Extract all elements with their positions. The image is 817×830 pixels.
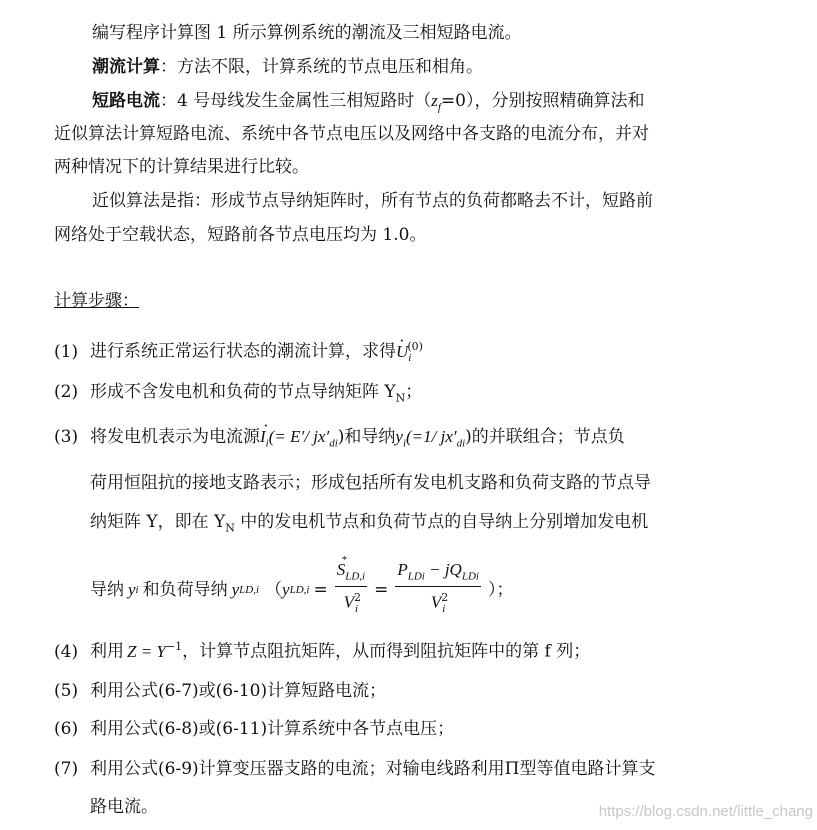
step-text: 路电流。 (90, 797, 158, 817)
step-text-c: )的并联组合；节点负 (465, 427, 625, 447)
approx-text-2: 网络处于空载状态，短路前各节点电压均为 1.0。 (54, 225, 426, 245)
yn-subscript: N (396, 391, 406, 404)
step-text: 利用公式(6-9)计算变压器支路的电流；对输电线路利用Π型等值电路计算支 (90, 759, 655, 779)
step-3: (3)将发电机表示为电流源Ii(= E′/ jx′di)和导纳yi(=1/ jx… (54, 426, 625, 454)
reactance-expr: / jx′ (304, 427, 329, 446)
step-text: 将发电机表示为电流源 (90, 427, 260, 447)
yn-subscript: N (225, 521, 235, 534)
reactance-subscript: di (329, 437, 338, 449)
approx-line-1: 近似算法是指：形成节点导纳矩阵时，所有节点的负荷都略去不计，短路前 (92, 190, 653, 212)
approx-text-1: 近似算法是指：形成节点导纳矩阵时，所有节点的负荷都略去不计，短路前 (92, 191, 653, 211)
step-number: (4) (54, 641, 90, 663)
step-number: (1) (54, 341, 90, 363)
short-circuit-text: ：4 号母线发生金属性三相短路时（ (160, 91, 431, 111)
equals-sign: = (313, 565, 327, 615)
steps-heading: 计算步骤： (54, 290, 139, 312)
fraction-denominator: V2i (431, 587, 445, 620)
step-6: (6)利用公式(6-8)或(6-11)计算系统中各节点电压； (54, 718, 454, 740)
step-text: 进行系统正常运行状态的潮流计算，求得 (90, 342, 396, 362)
u-superscript: (0) (407, 340, 423, 353)
step-number: (2) (54, 381, 90, 403)
fraction-pq-over-v: PLDi − jQLDi V2i (395, 560, 481, 620)
intro-text: 编写程序计算图 1 所示算例系统的潮流及三相短路电流。 (92, 23, 522, 43)
step-text: 利用公式(6-7)或(6-10)计算短路电流； (90, 681, 386, 701)
emf-expr: (= E′ (269, 427, 305, 446)
v-symbol: V (431, 593, 441, 612)
jq-symbol: − jQ (425, 560, 462, 579)
watermark: https://blog.csdn.net/little_chang (599, 803, 813, 820)
admittance-expr: (=1/ jx′ (406, 427, 457, 446)
step-text: 和负荷导纳 (143, 565, 228, 615)
step-3-line-3: 纳矩阵 Y，即在 YN 中的发电机节点和负荷节点的自导纳上分别增加发电机 (90, 511, 648, 539)
equals-sign: = (374, 565, 388, 615)
v-symbol: V (344, 593, 354, 612)
z-equals-y-inverse: Z = Y (127, 642, 166, 661)
formula-close-paren: ）； (488, 565, 514, 615)
short-circuit-label: 短路电流 (92, 91, 160, 111)
step-text-b: ，计算节点阻抗矩阵，从而得到阻抗矩阵中的第 f 列； (182, 642, 590, 662)
step-text-b: )和导纳 (338, 427, 396, 447)
short-circuit-line-1: 短路电流：4 号母线发生金属性三相短路时（zf=0），分别按照精确算法和 (92, 90, 644, 118)
yi-symbol: y (128, 565, 136, 615)
v-subscript: i (442, 603, 445, 615)
formula-y-subscript: LD,i (290, 565, 310, 615)
admittance-symbol: y (395, 427, 403, 446)
admittance-expr-subscript: di (457, 437, 466, 449)
step-7-line-2: 路电流。 (90, 796, 158, 818)
step-text: 形成不含发电机和负荷的节点导纳矩阵 Y (90, 382, 396, 402)
step-5: (5)利用公式(6-7)或(6-10)计算短路电流； (54, 680, 386, 702)
step-text: 荷用恒阻抗的接地支路表示；形成包括所有发电机支路和负荷支路的节点导 (90, 473, 651, 493)
step-text: 中的发电机节点和负荷节点的自导纳上分别增加发电机 (235, 512, 648, 532)
step-2: (2)形成不含发电机和负荷的节点导纳矩阵 YN； (54, 381, 422, 409)
step-text: 利用公式(6-8)或(6-11)计算系统中各节点电压； (90, 719, 454, 739)
fraction-s-over-v: SLD,i V2i (335, 560, 367, 620)
power-flow-line: 潮流计算：方法不限，计算系统的节点电压和相角。 (92, 56, 483, 78)
step-4: (4)利用Z = Y−1，计算节点阻抗矩阵，从而得到阻抗矩阵中的第 f 列； (54, 636, 590, 663)
intro-line-1: 编写程序计算图 1 所示算例系统的潮流及三相短路电流。 (92, 22, 522, 44)
step-text: 利用 (90, 642, 124, 662)
step-number: (3) (54, 426, 90, 448)
formula-y: y (282, 565, 290, 615)
fraction-denominator: V2i (344, 587, 358, 620)
q-subscript: LDi (462, 570, 479, 582)
step-1: (1)进行系统正常运行状态的潮流计算，求得Ui(0) (54, 336, 423, 369)
step-number: (6) (54, 718, 90, 740)
short-circuit-text-3: 两种情况下的计算结果进行比较。 (54, 157, 309, 177)
step-7: (7)利用公式(6-9)计算变压器支路的电流；对输电线路利用Π型等值电路计算支 (54, 758, 655, 780)
inverse-superscript: −1 (166, 640, 182, 653)
step-number: (5) (54, 680, 90, 702)
approx-line-2: 网络处于空载状态，短路前各节点电压均为 1.0。 (54, 224, 426, 246)
short-circuit-line-3: 两种情况下的计算结果进行比较。 (54, 156, 309, 178)
u-subscript: i (408, 352, 411, 364)
power-flow-label: 潮流计算 (92, 57, 160, 77)
yld-subscript: LD,i (239, 565, 259, 615)
step-3-line-4: 导纳 yi 和负荷导纳 yLD,i （ yLD,i = SLD,i V2i = … (90, 560, 513, 620)
short-circuit-text-2: 近似算法计算短路电流、系统中各节点电压以及网络中各支路的电流分布，并对 (54, 124, 649, 144)
p-symbol: P (397, 560, 407, 579)
v-subscript: i (355, 603, 358, 615)
short-circuit-text-b: =0），分别按照精确算法和 (441, 91, 645, 111)
step-tail: ； (405, 382, 422, 402)
s-subscript: LD,i (345, 570, 365, 582)
step-3-line-2: 荷用恒阻抗的接地支路表示；形成包括所有发电机支路和负荷支路的节点导 (90, 472, 651, 494)
formula-open-paren: （ (265, 565, 282, 615)
s-conjugate: S (337, 560, 346, 579)
fraction-numerator: PLDi − jQLDi (395, 560, 481, 587)
current-symbol: I (260, 427, 266, 446)
p-subscript: LDi (408, 570, 425, 582)
zf-symbol: z (431, 91, 438, 110)
fraction-numerator: SLD,i (335, 560, 367, 587)
power-flow-text: ：方法不限，计算系统的节点电压和相角。 (160, 57, 483, 77)
step-text: 导纳 (90, 565, 124, 615)
step-number: (7) (54, 758, 90, 780)
short-circuit-line-2: 近似算法计算短路电流、系统中各节点电压以及网络中各支路的电流分布，并对 (54, 123, 649, 145)
step-text: 纳矩阵 Y，即在 Y (90, 512, 225, 532)
u-symbol: U (396, 342, 408, 361)
yi-subscript: i (136, 565, 139, 615)
